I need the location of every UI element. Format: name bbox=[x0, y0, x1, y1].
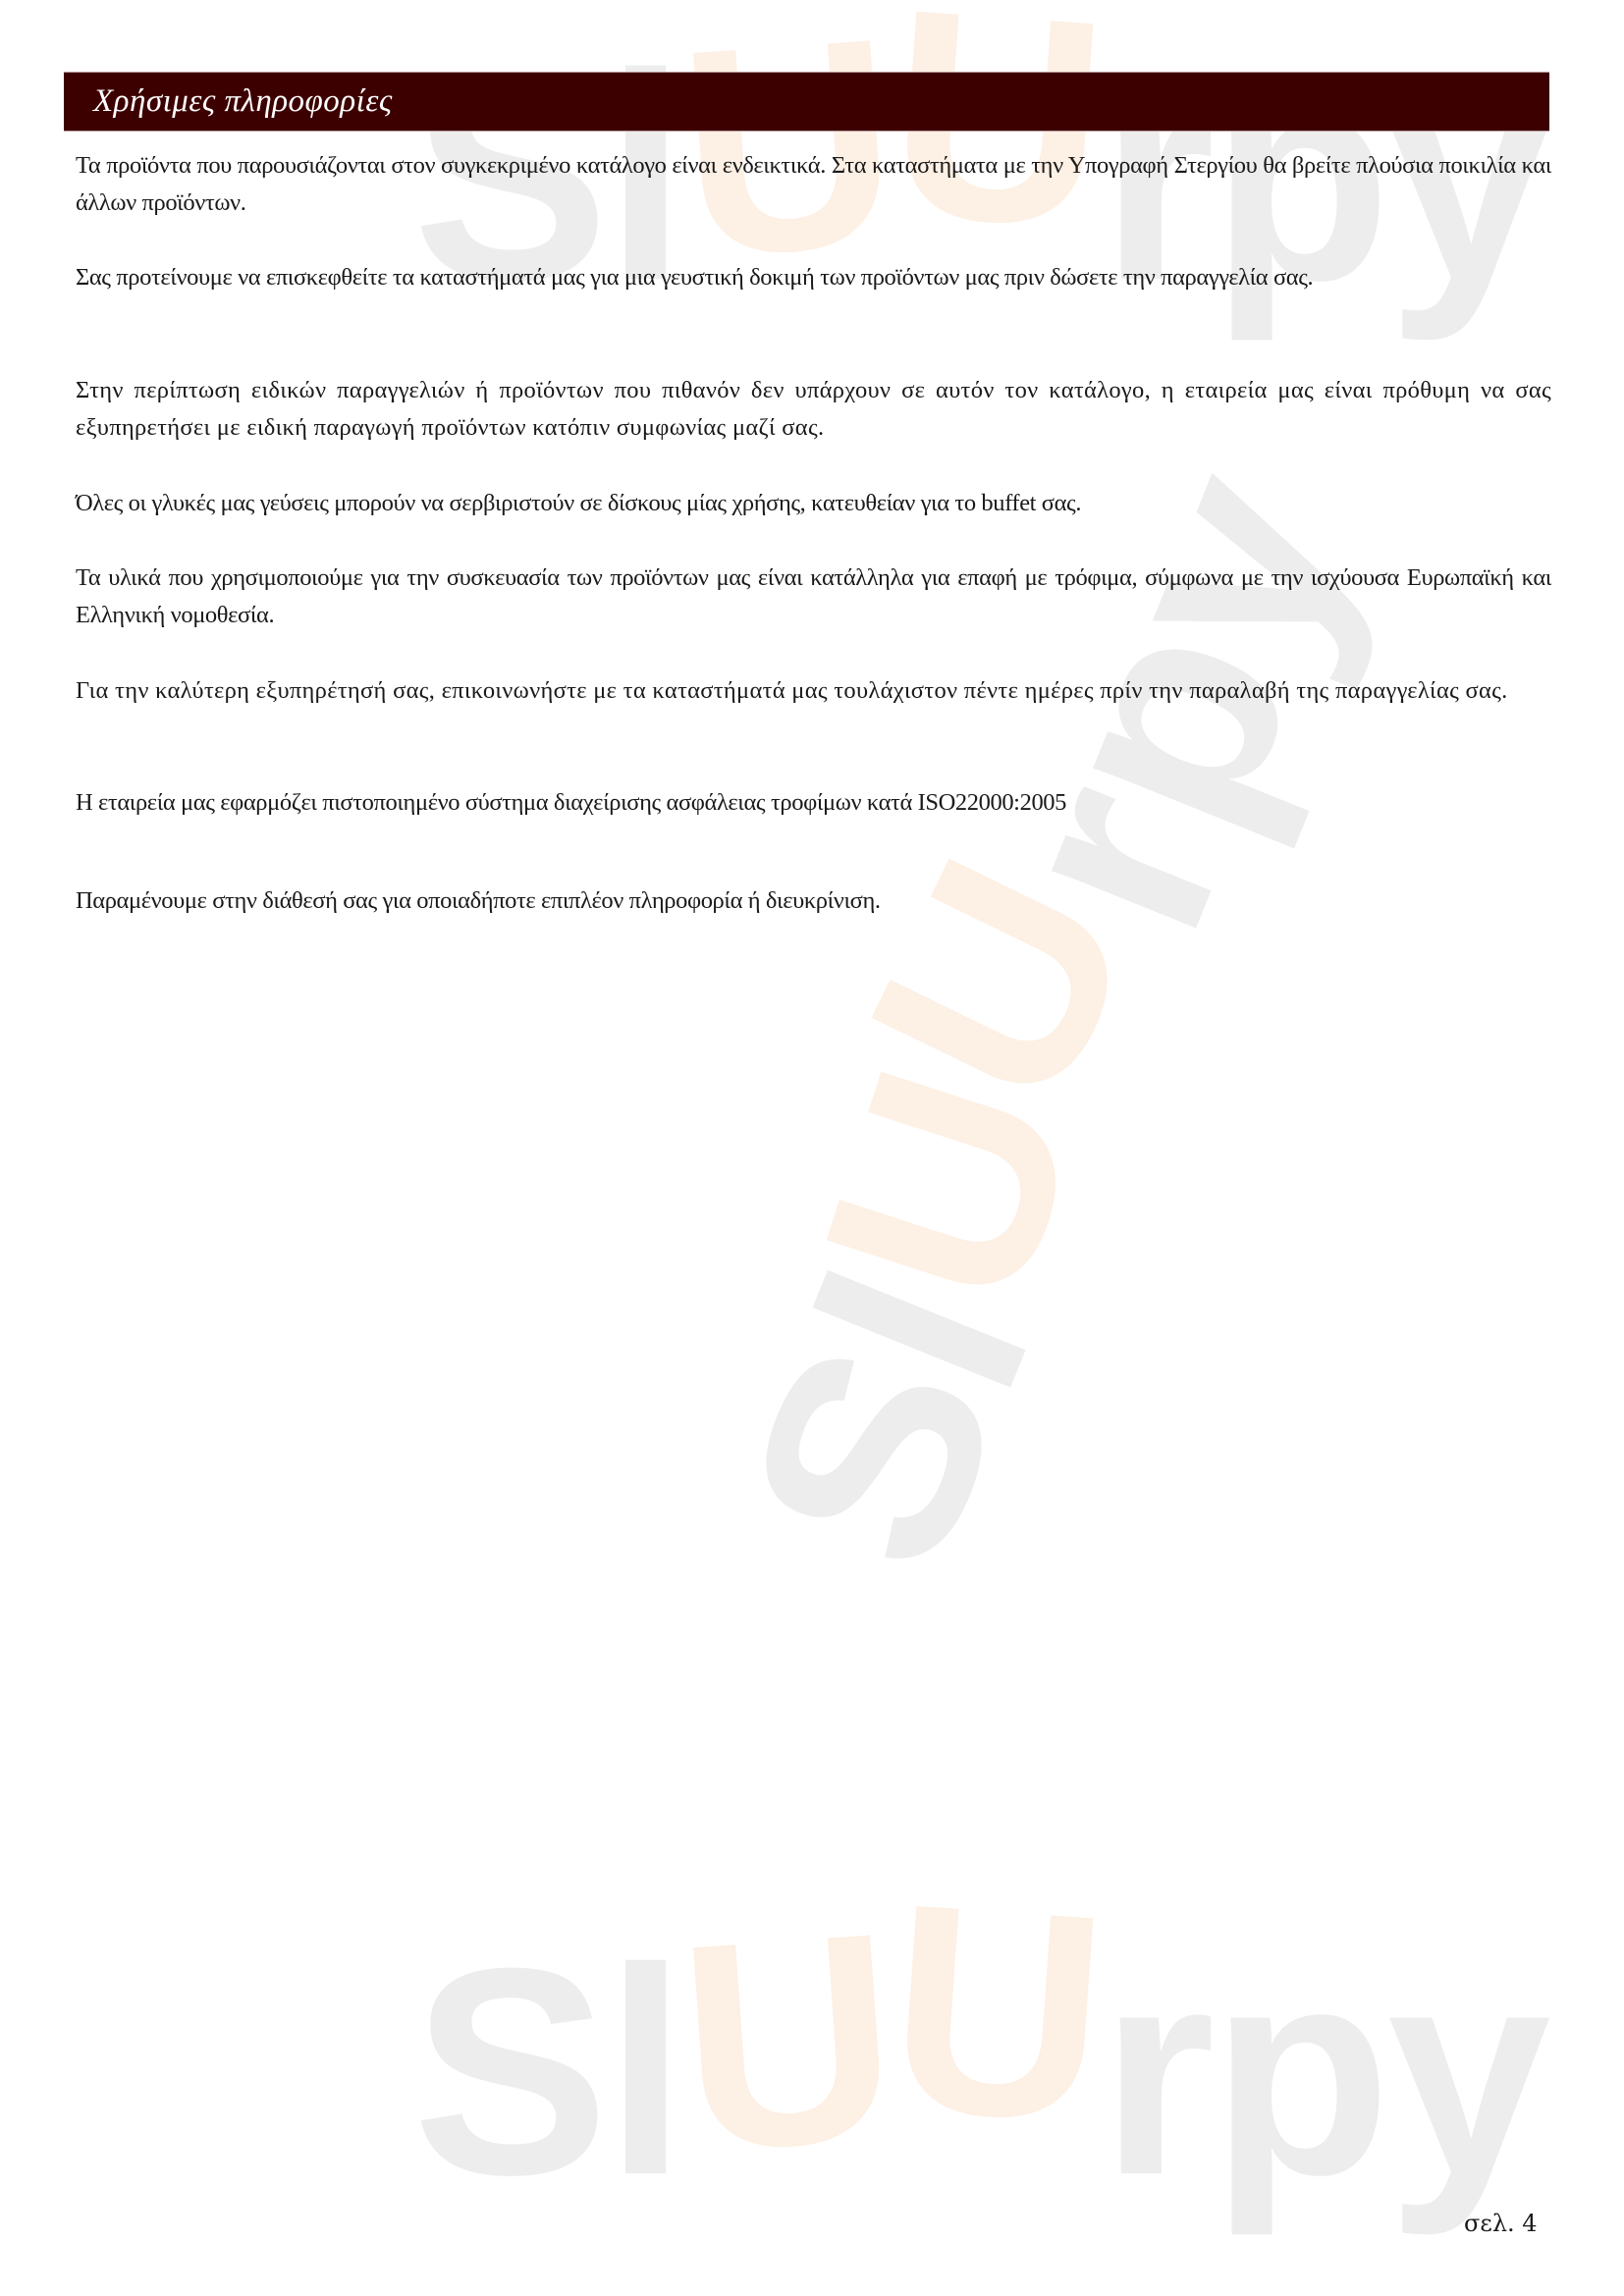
paragraph-special-orders: Στην περίπτωση ειδικών παραγγελιών ή προ… bbox=[76, 372, 1551, 447]
section-header-bar: Χρήσιμες πληροφορίες bbox=[64, 72, 1549, 132]
paragraph-iso-certification: Η εταιρεία μας εφαρμόζει πιστοποιημένο σ… bbox=[76, 784, 1066, 822]
watermark-text: U bbox=[882, 0, 1110, 272]
paragraph-packaging-materials: Τα υλικά που χρησιμοποιούμε για την συσκ… bbox=[76, 560, 1551, 634]
watermark-text: U bbox=[673, 1888, 901, 2196]
paragraph-tasting-suggestion: Σας προτείνουμε να επισκεφθείτε τα κατασ… bbox=[76, 259, 1313, 296]
watermark-text: Sl bbox=[412, 1906, 682, 2236]
paragraph-catalog-notice: Τα προϊόντα που παρουσιάζονται στον συγκ… bbox=[76, 147, 1551, 222]
paragraph-closing-note: Παραμένουμε στην διάθεσή σας για οποιαδή… bbox=[76, 882, 881, 920]
section-title: Χρήσιμες πληροφορίες bbox=[64, 83, 393, 120]
watermark-text: U bbox=[822, 826, 1178, 1143]
paragraph-disposable-trays: Όλες οι γλυκές μας γεύσεις μπορούν να σε… bbox=[76, 485, 1081, 522]
watermark-text: U bbox=[882, 1858, 1110, 2166]
paragraph-order-lead-time: Για την καλύτερη εξυπηρέτησή σας, επικοι… bbox=[76, 672, 1508, 710]
page-number: σελ. 4 bbox=[1464, 2210, 1538, 2237]
watermark-text: U bbox=[777, 1043, 1121, 1333]
sluurpy-watermark: SlUUrpy bbox=[412, 1924, 1547, 2218]
watermark-text: rpy bbox=[1101, 1906, 1547, 2236]
watermark-text: Sl bbox=[683, 1234, 1091, 1608]
